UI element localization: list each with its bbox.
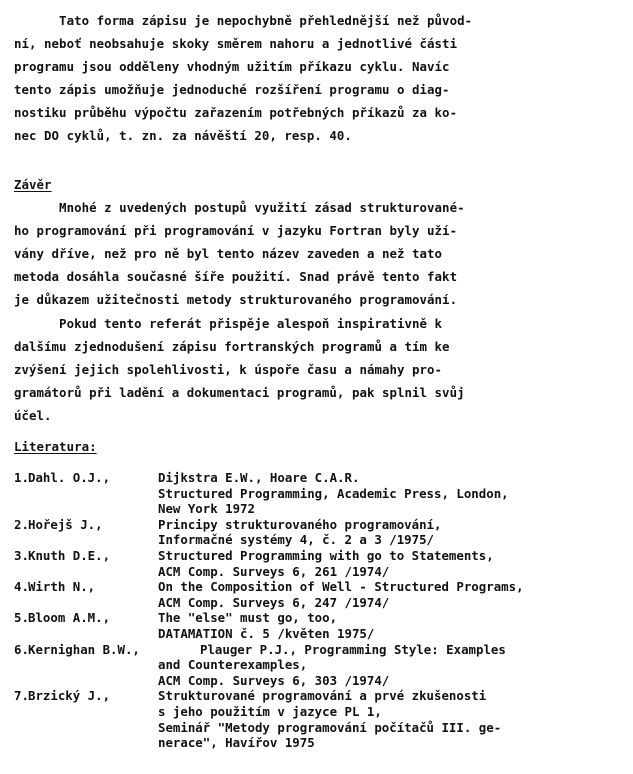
reference-text-line: nerace", Havířov 1975 — [158, 735, 315, 751]
paragraph-line: účel. — [14, 407, 52, 425]
reference-text-line: The "else" must go, too, — [158, 610, 337, 626]
paragraph-line: Mnohé z uvedených postupů využití zásad … — [14, 199, 465, 217]
paragraph-line: Tato forma zápisu je nepochybně přehledn… — [14, 12, 472, 30]
paragraph-line: nec DO cyklů, t. zn. za návěští 20, resp… — [14, 127, 352, 145]
paragraph-line: ní, neboť neobsahuje skoky směrem nahoru… — [14, 35, 457, 53]
reference-text-line: ACM Comp. Surveys 6, 261 /1974/ — [158, 564, 389, 580]
paragraph-line: vány dříve, než pro ně byl tento název z… — [14, 245, 442, 263]
reference-text-line: Plauger P.J., Programming Style: Example… — [200, 642, 506, 658]
reference-text-line: Informačné systémy 4, č. 2 a 3 /1975/ — [158, 532, 434, 548]
reference-text-line: Seminář "Metody programování počítačů II… — [158, 720, 501, 736]
reference-number: 1. — [14, 470, 29, 486]
reference-text-line: and Counterexamples, — [158, 657, 307, 673]
reference-number: 3. — [14, 548, 29, 564]
reference-text-line: ACM Comp. Surveys 6, 303 /1974/ — [158, 673, 389, 689]
paragraph-line: metoda dosáhla současné šíře použití. Sn… — [14, 268, 457, 286]
reference-text-line: Principy strukturovaného programování, — [158, 517, 441, 533]
paragraph-line: je důkazem užitečnosti metody strukturov… — [14, 291, 457, 309]
reference-number: 7. — [14, 688, 29, 704]
reference-author: Bloom A.M., — [28, 610, 110, 626]
reference-text-line: Structured Programming with go to Statem… — [158, 548, 494, 564]
reference-author: Kernighan B.W., — [28, 642, 140, 658]
paragraph-line: programu jsou odděleny vhodným užitím př… — [14, 58, 450, 76]
reference-text-line: Strukturované programování a prvé zkušen… — [158, 688, 486, 704]
reference-author: Hořejš J., — [28, 517, 103, 533]
reference-text-line: New York 1972 — [158, 501, 255, 517]
reference-text-line: DATAMATION č. 5 /květen 1975/ — [158, 626, 374, 642]
paragraph-line: zvýšení jejich spolehlivosti, k úspoře č… — [14, 361, 442, 379]
references-heading: Literatura: — [14, 438, 97, 456]
conclusion-heading: Závěr — [14, 176, 52, 194]
paragraph-line: gramátorů při ladění a dokumentaci progr… — [14, 384, 465, 402]
reference-number: 6. — [14, 642, 29, 658]
reference-author: Dahl. O.J., — [28, 470, 110, 486]
reference-text-line: On the Composition of Well - Structured … — [158, 579, 524, 595]
reference-author: Brzický J., — [28, 688, 110, 704]
paragraph-line: tento zápis umožňuje jednoduché rozšířen… — [14, 81, 450, 99]
reference-text-line: s jeho použitím v jazyce PL 1, — [158, 704, 382, 720]
paragraph-line: nostiku průběhu výpočtu zařazením potřeb… — [14, 104, 457, 122]
reference-number: 5. — [14, 610, 29, 626]
reference-author: Knuth D.E., — [28, 548, 110, 564]
reference-text-line: Structured Programming, Academic Press, … — [158, 486, 509, 502]
paragraph-line: ho programování při programování v jazyk… — [14, 222, 457, 240]
paragraph-line: dalšímu zjednodušení zápisu fortranských… — [14, 338, 450, 356]
typewritten-page: Tato forma zápisu je nepochybně přehledn… — [0, 0, 633, 774]
paragraph-line: Pokud tento referát přispěje alespoň ins… — [14, 315, 442, 333]
reference-text-line: Dijkstra E.W., Hoare C.A.R. — [158, 470, 359, 486]
reference-text-line: ACM Comp. Surveys 6, 247 /1974/ — [158, 595, 389, 611]
reference-number: 2. — [14, 517, 29, 533]
reference-number: 4. — [14, 579, 29, 595]
reference-author: Wirth N., — [28, 579, 95, 595]
